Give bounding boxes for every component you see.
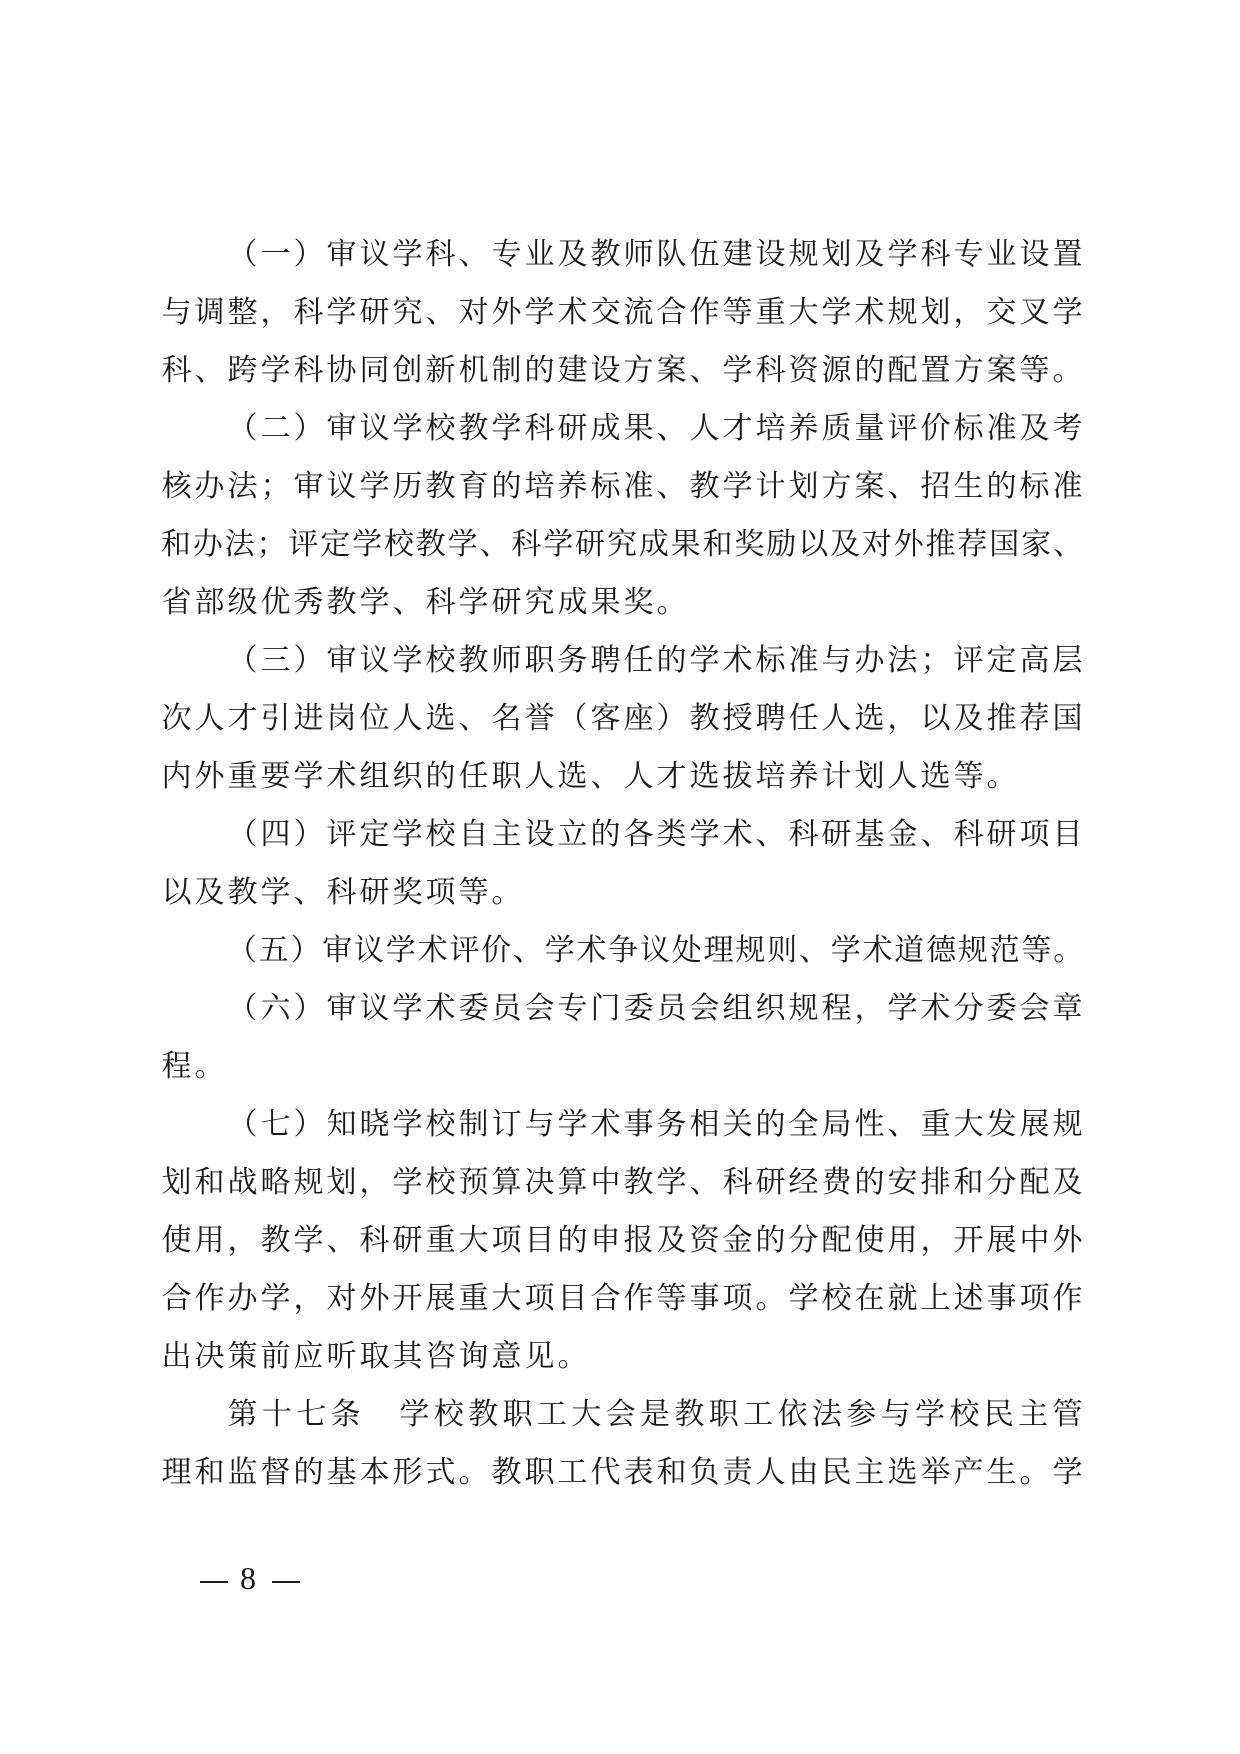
dash-right [272, 1581, 300, 1583]
paragraph-item-1: （一）审议学科、专业及教师队伍建设规划及学科专业设置与调整，科学研究、对外学术交… [160, 226, 1084, 400]
text-line: 划和战略规划，学校预算决算中教学、科研经费的安排和分配及 [160, 1154, 1084, 1212]
text-line: （七）知晓学校制订与学术事务相关的全局性、重大发展规 [160, 1096, 1084, 1154]
text-line: 使用，教学、科研重大项目的申报及资金的分配使用，开展中外 [160, 1212, 1084, 1270]
paragraph-item-2: （二）审议学校教学科研成果、人才培养质量评价标准及考核办法；审议学历教育的培养标… [160, 400, 1084, 632]
text-line: （四）评定学校自主设立的各类学术、科研基金、科研项目 [160, 806, 1084, 864]
text-line: （二）审议学校教学科研成果、人才培养质量评价标准及考 [160, 400, 1084, 458]
text-line: （三）审议学校教师职务聘任的学术标准与办法；评定高层 [160, 632, 1084, 690]
text-line: （五）审议学术评价、学术争议处理规则、学术道德规范等。 [160, 922, 1084, 980]
paragraph-item-7: （七）知晓学校制订与学术事务相关的全局性、重大发展规划和战略规划，学校预算决算中… [160, 1096, 1084, 1386]
text-line: 次人才引进岗位人选、名誉（客座）教授聘任人选，以及推荐国 [160, 690, 1084, 748]
text-line: 程。 [160, 1038, 1084, 1096]
text-line: （六）审议学术委员会专门委员会组织规程，学术分委会章 [160, 980, 1084, 1038]
text-line: （一）审议学科、专业及教师队伍建设规划及学科专业设置 [160, 226, 1084, 284]
text-line: 核办法；审议学历教育的培养标准、教学计划方案、招生的标准 [160, 458, 1084, 516]
paragraph-item-6: （六）审议学术委员会专门委员会组织规程，学术分委会章程。 [160, 980, 1084, 1096]
paragraph-item-4: （四）评定学校自主设立的各类学术、科研基金、科研项目以及教学、科研奖项等。 [160, 806, 1084, 922]
paragraph-item-5: （五）审议学术评价、学术争议处理规则、学术道德规范等。 [160, 922, 1084, 980]
text-line: 理和监督的基本形式。教职工代表和负责人由民主选举产生。学 [160, 1444, 1084, 1502]
dash-left [200, 1581, 228, 1583]
text-line: 科、跨学科协同创新机制的建设方案、学科资源的配置方案等。 [160, 342, 1084, 400]
text-line: 和办法；评定学校教学、科学研究成果和奖励以及对外推荐国家、 [160, 516, 1084, 574]
paragraph-article-17: 第十七条 学校教职工大会是教职工依法参与学校民主管理和监督的基本形式。教职工代表… [160, 1386, 1084, 1502]
text-line: 省部级优秀教学、科学研究成果奖。 [160, 574, 1084, 632]
paragraph-item-3: （三）审议学校教师职务聘任的学术标准与办法；评定高层次人才引进岗位人选、名誉（客… [160, 632, 1084, 806]
page-number-footer: 8 [188, 1560, 312, 1597]
document-body: （一）审议学科、专业及教师队伍建设规划及学科专业设置与调整，科学研究、对外学术交… [160, 226, 1084, 1502]
text-line: 内外重要学术组织的任职人选、人才选拔培养计划人选等。 [160, 748, 1084, 806]
page-number: 8 [240, 1560, 260, 1596]
text-line: 以及教学、科研奖项等。 [160, 864, 1084, 922]
text-line: 合作办学，对外开展重大项目合作等事项。学校在就上述事项作 [160, 1270, 1084, 1328]
text-line: 与调整，科学研究、对外学术交流合作等重大学术规划，交叉学 [160, 284, 1084, 342]
text-line: 第十七条 学校教职工大会是教职工依法参与学校民主管 [160, 1386, 1084, 1444]
text-line: 出决策前应听取其咨询意见。 [160, 1328, 1084, 1386]
